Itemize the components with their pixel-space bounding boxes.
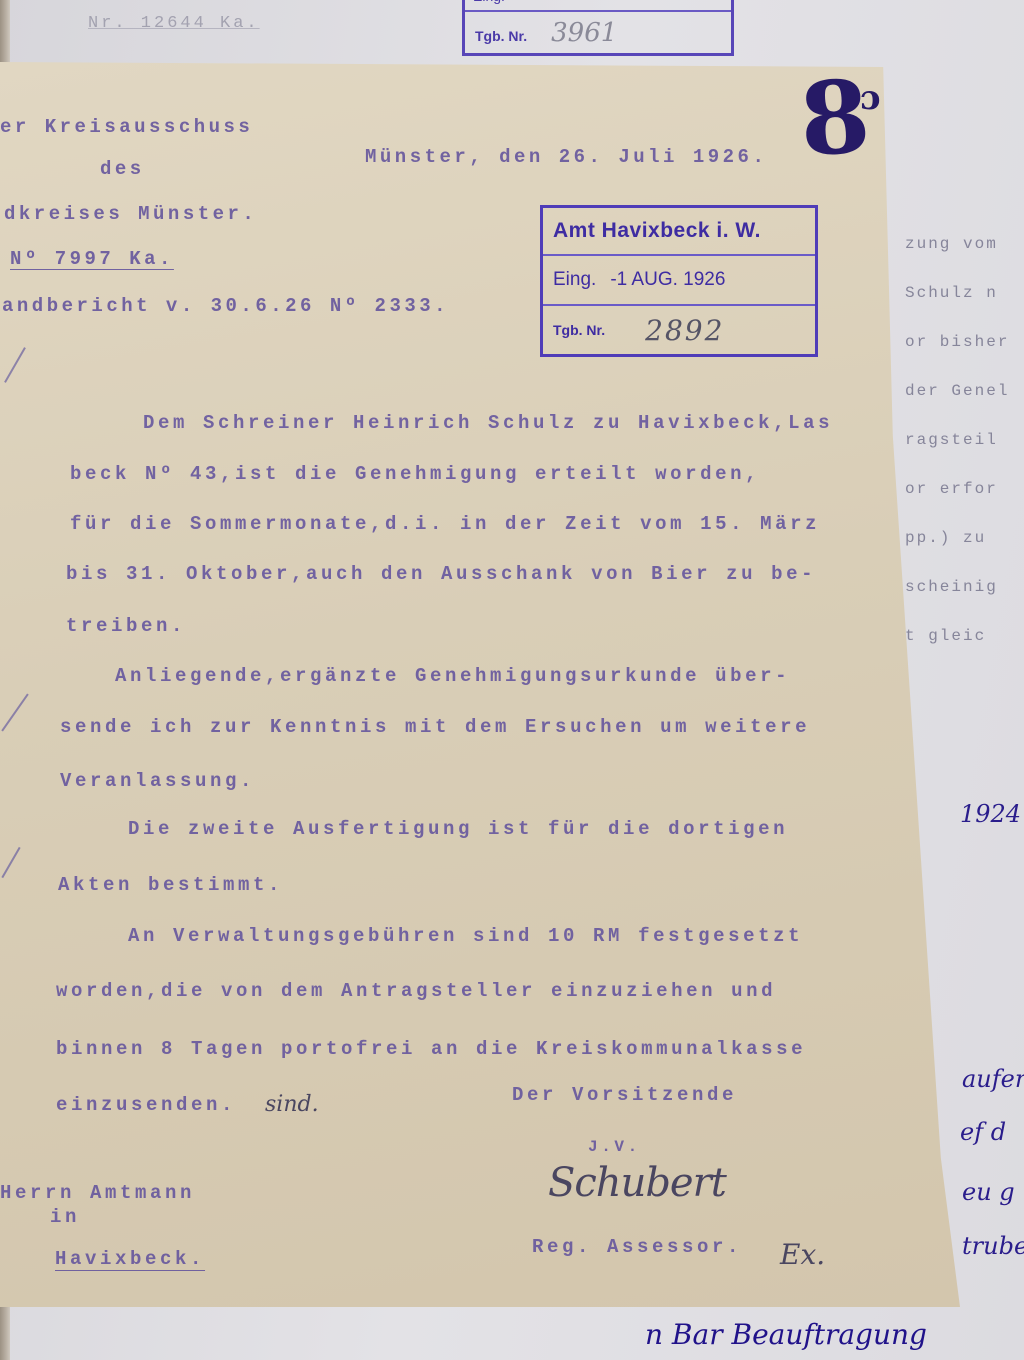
stamp-tgb-number: 3961	[551, 18, 617, 48]
body-line: treiben.	[66, 615, 186, 637]
stamp-eing-label: Eing.	[473, 0, 505, 4]
sender-number: Nº 7997 Ka.	[10, 248, 174, 270]
addressee-line-1: Herrn Amtmann	[0, 1182, 195, 1204]
handwriting: eu g	[962, 1178, 1015, 1206]
body-line: für die Sommermonate,d.i. in der Zeit vo…	[70, 513, 820, 535]
fragment-line: der Genel	[905, 382, 1024, 431]
closing-iv: J.V.	[588, 1138, 641, 1156]
addressee-line-2: in	[50, 1206, 80, 1228]
handwritten-initial: Ex.	[780, 1238, 825, 1271]
stamp-tgb-label: Tgb. Nr.	[475, 28, 527, 44]
body-line: An Verwaltungsgebühren sind 10 RM festge…	[128, 925, 803, 947]
handwritten-paraph: sind.	[265, 1092, 319, 1117]
body-line: beck Nº 43,ist die Genehmigung erteilt w…	[70, 463, 760, 485]
handwriting: ef d	[960, 1118, 1006, 1146]
sender-line-1: er Kreisausschuss	[0, 116, 253, 138]
addressee-line-3: Havixbeck.	[55, 1248, 205, 1270]
body-line: bis 31. Oktober,auch den Ausschank von B…	[66, 563, 816, 585]
closing-title: Der Vorsitzende	[512, 1084, 737, 1106]
signature: Schubert	[548, 1160, 726, 1206]
handwriting: trube	[962, 1232, 1024, 1260]
sender-line-3: dkreises Münster.	[4, 203, 257, 225]
fragment-line: or erfor	[905, 480, 1024, 529]
stamp-tgb-label: Tgb. Nr.	[553, 322, 605, 338]
underlying-receipt-stamp: Eing. Tgb. Nr. 3961	[462, 0, 734, 56]
receipt-stamp: Amt Havixbeck i. W. Eing. -1 AUG. 1926 T…	[540, 205, 818, 357]
underlying-page-text-fragments: zung vom Schulz n or bisher der Genel ra…	[905, 235, 1024, 676]
stamp-eing-label: Eing.	[553, 269, 596, 291]
body-line: sende ich zur Kenntnis mit dem Ersuchen …	[60, 716, 810, 738]
body-line: Dem Schreiner Heinrich Schulz zu Havixbe…	[143, 412, 833, 434]
fragment-line: Schulz n	[905, 284, 1024, 333]
stamp-eing-date: -1 AUG. 1926	[610, 269, 725, 291]
body-line: einzusenden.	[56, 1094, 236, 1116]
fragment-line: t gleic	[905, 627, 1024, 676]
closing-rank: Reg. Assessor.	[532, 1236, 742, 1258]
stamp-tgb-number: 2892	[645, 314, 724, 347]
sender-line-2: des	[100, 158, 145, 180]
handwriting: aufen	[962, 1065, 1024, 1093]
body-line: Die zweite Ausfertigung ist für die dort…	[128, 818, 788, 840]
stamp-office: Amt Havixbeck i. W.	[553, 219, 761, 243]
fragment-line: or bisher	[905, 333, 1024, 382]
underlying-reference-number: Nr. 12644 Ka.	[88, 14, 260, 33]
fragment-line: zung vom	[905, 235, 1024, 284]
folio-mark-hook: ɔ	[860, 78, 881, 118]
fragment-line: scheinig	[905, 578, 1024, 627]
body-line: Anliegende,ergänzte Genehmigungsurkunde …	[115, 665, 790, 687]
sender-reference: andbericht v. 30.6.26 Nº 2333.	[2, 295, 449, 317]
handwriting-bottom: n Bar Beauftragung	[645, 1318, 927, 1351]
fragment-line: ragsteil	[905, 431, 1024, 480]
fragment-line: pp.) zu	[905, 529, 1024, 578]
place-date: Münster, den 26. Juli 1926.	[365, 146, 767, 168]
handwriting: 1924	[960, 800, 1021, 828]
body-line: worden,die von dem Antragsteller einzuzi…	[56, 980, 776, 1002]
body-line: binnen 8 Tagen portofrei an die Kreiskom…	[56, 1038, 806, 1060]
body-line: Akten bestimmt.	[58, 874, 283, 896]
body-line: Veranlassung.	[60, 770, 255, 792]
